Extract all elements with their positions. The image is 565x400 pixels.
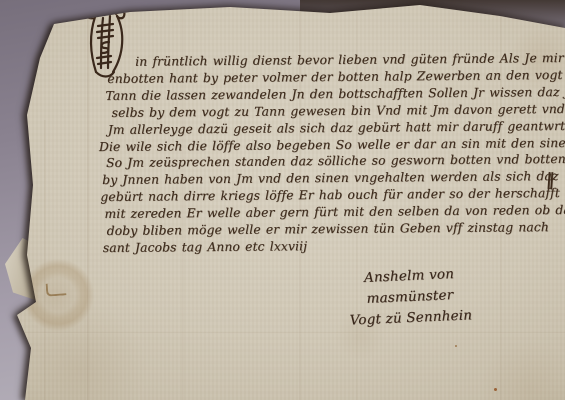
- manuscript-photo: Tw in früntlich willig dienst bevor lieb…: [0, 0, 565, 400]
- fold-crease: [25, 332, 565, 334]
- paper-speck: [549, 21, 552, 24]
- margin-stroke-mark: ‖: [545, 170, 555, 191]
- manuscript-paper: Tw in früntlich willig dienst bevor lieb…: [0, 0, 565, 400]
- letter-body: in früntlich willig dienst bevor lieben …: [105, 50, 563, 257]
- seal-stain-mark: [46, 282, 67, 296]
- paper-speck: [436, 3, 440, 5]
- signature-block: Anshelm von masmünster Vogt zü Sennhein: [321, 262, 500, 333]
- paper-speck: [504, 6, 508, 9]
- paper-speck: [494, 388, 497, 391]
- fold-crease: [44, 120, 46, 400]
- paper-speck: [455, 345, 457, 347]
- pencil-archive-note: Tw: [21, 35, 49, 56]
- text-line: sant Jacobs tag Anno etc lxxviij: [103, 236, 563, 257]
